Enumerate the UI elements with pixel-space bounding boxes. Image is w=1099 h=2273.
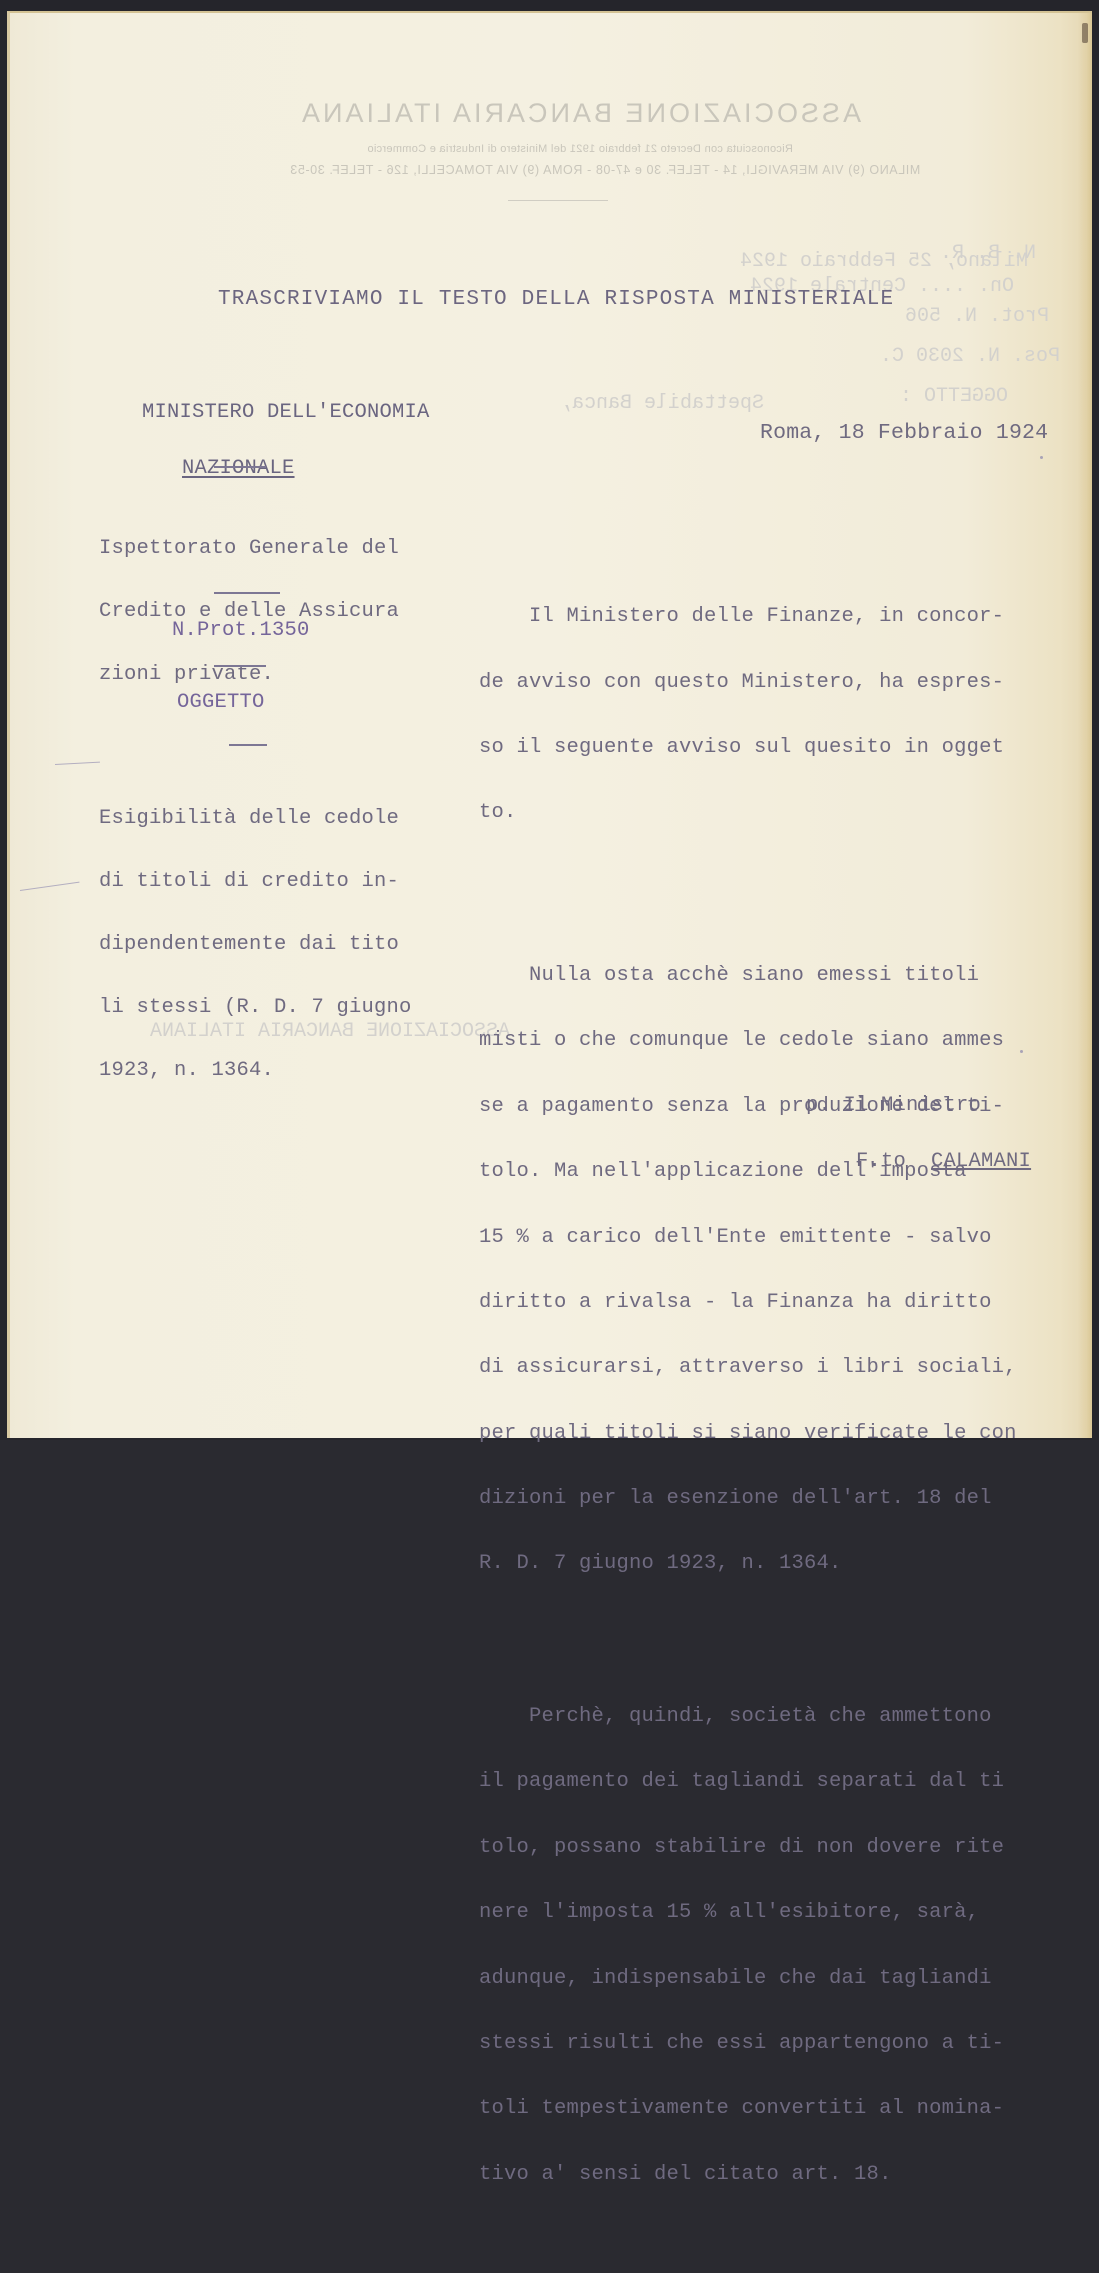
bleedthrough-prot: Prot. N. 506	[905, 305, 1049, 328]
body-line: Nulla osta acchè siano emessi titoli	[479, 965, 1017, 987]
signatory-name: CALAMANI	[931, 1150, 1031, 1173]
bleedthrough-ornament	[508, 200, 608, 201]
separator-rule	[229, 744, 267, 746]
bleedthrough-salutation: Spettabile Banca,	[560, 392, 764, 415]
protocol-number: N.Prot.1350	[172, 620, 310, 642]
signature-line-2: F.to CALAMANI	[806, 1129, 1031, 1195]
stray-ink-dot	[1040, 456, 1043, 459]
separator-rule	[214, 592, 280, 594]
subject-label: OGGETTO	[177, 692, 265, 714]
subject-line: Esigibilità delle cedole	[99, 808, 412, 829]
bleedthrough-letterhead-address: MILANO (9) VIA MERAVIGLI, 14 - TELEF. 30…	[165, 163, 1045, 177]
letter-body: Il Ministero delle Finanze, in concor- d…	[479, 519, 1017, 1440]
signature-line-1: p. Il Ministro	[806, 1095, 981, 1117]
body-line: misti o che comunque le cedole siano amm…	[479, 1030, 1017, 1052]
body-line: diritto a rivalsa - la Finanza ha diritt…	[479, 1292, 1017, 1314]
page-stain	[1082, 23, 1088, 43]
body-line: de avviso con questo Ministero, ha espre…	[479, 672, 1017, 694]
body-line: di assicurarsi, attraverso i libri socia…	[479, 1357, 1017, 1379]
separator-rule	[214, 466, 266, 468]
subject-line: di titoli di credito in-	[99, 871, 412, 892]
bleedthrough-pos: Pos. N. 2030 C.	[880, 345, 1060, 368]
department-line: Ispettorato Generale del	[99, 538, 399, 559]
subject-line: dipendentemente dai tito	[99, 934, 412, 955]
bleedthrough-place-date: Milano, 25 Febbraio 1924	[740, 250, 1028, 273]
scan-background: ASSOCIAZIONE BANCARIA ITALIANA Riconosci…	[0, 0, 1099, 1440]
bleedthrough-letterhead-title: ASSOCIAZIONE BANCARIA ITALIANA	[230, 98, 930, 129]
body-paragraph-1: Il Ministero delle Finanze, in concor- d…	[479, 563, 1017, 868]
document-heading: TRASCRIVIAMO IL TESTO DELLA RISPOSTA MIN…	[218, 289, 894, 311]
body-line: so il seguente avviso sul quesito in ogg…	[479, 737, 1017, 759]
bleedthrough-letterhead-subtitle: Riconosciuta con Decreto 21 febbraio 192…	[270, 143, 890, 155]
subject-text: Esigibilità delle cedole di titoli di cr…	[99, 766, 412, 1123]
body-line: Il Ministero delle Finanze, in concor-	[479, 606, 1017, 628]
ministry-line-2: NAZIONALE	[92, 458, 430, 480]
stray-ink-dot	[1020, 1050, 1023, 1053]
signature-prefix: F.to	[856, 1150, 906, 1173]
department-line: zioni private.	[99, 664, 399, 685]
ministry-line-1: MINISTERO DELL'ECONOMIA	[142, 401, 430, 424]
body-line: to.	[479, 802, 1017, 824]
bleedthrough-oggetto: OGGETTO :	[900, 385, 1008, 408]
page-edge-shadow	[1078, 13, 1092, 1438]
body-line: 15 % a carico dell'Ente emittente - salv…	[479, 1227, 1017, 1249]
separator-rule	[214, 665, 266, 667]
place-date: Roma, 18 Febbraio 1924	[760, 422, 1048, 444]
body-line: per quali titoli si siano verificate le …	[479, 1423, 1017, 1440]
subject-line: 1923, n. 1364.	[99, 1060, 412, 1081]
subject-line: li stessi (R. D. 7 giugno	[99, 997, 412, 1018]
